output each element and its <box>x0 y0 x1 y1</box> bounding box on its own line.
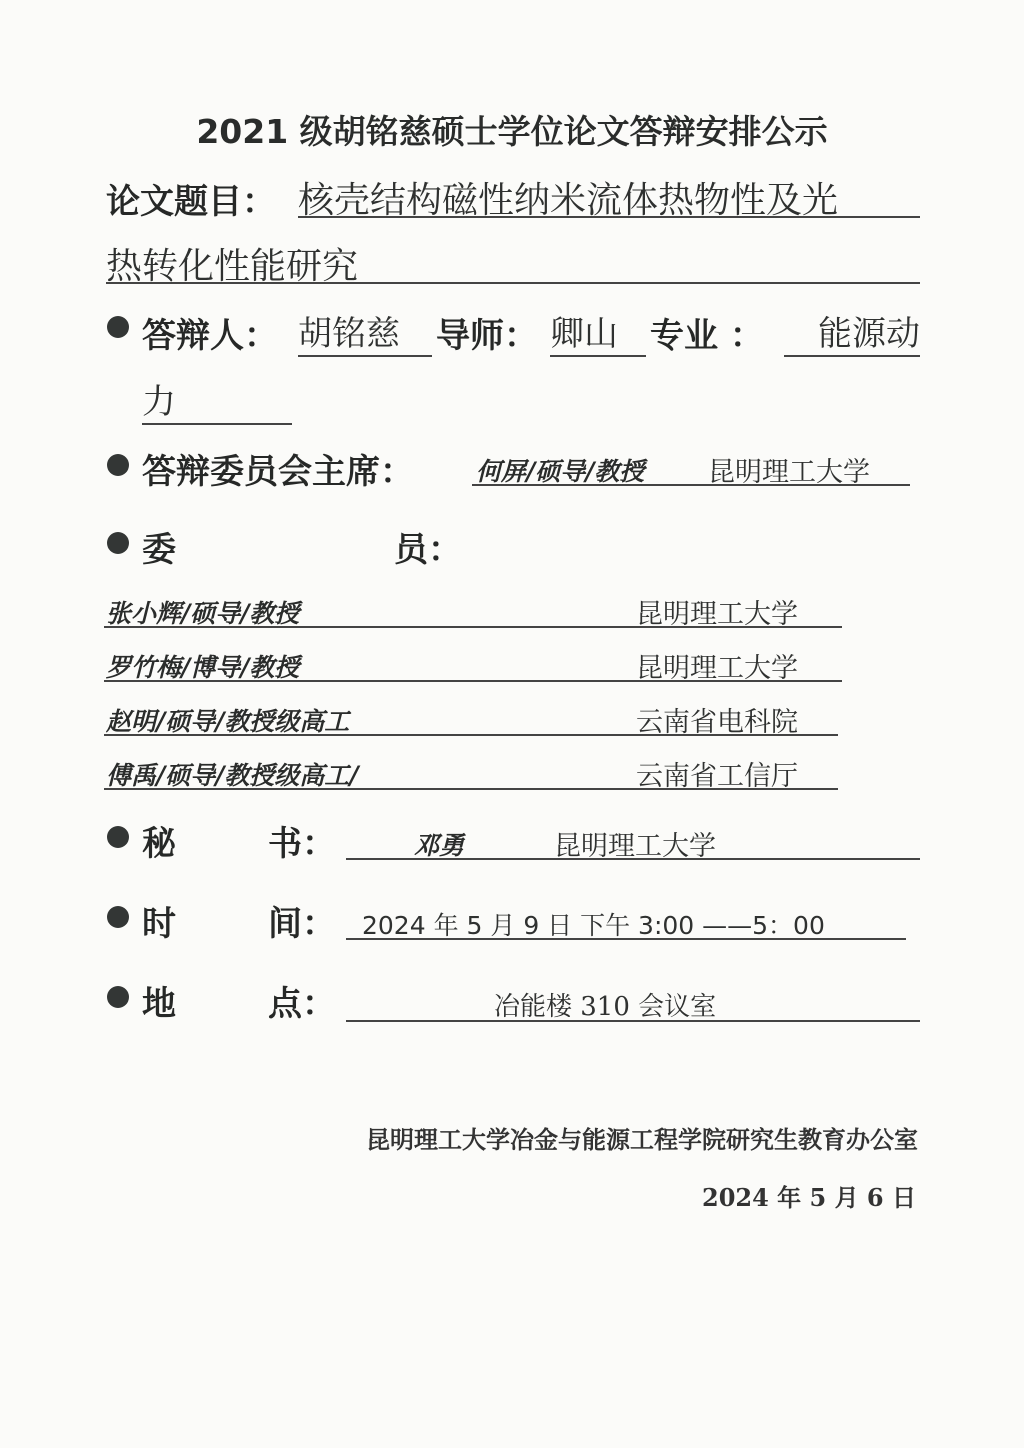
bullet-icon <box>107 906 129 928</box>
advisor-name: 卿山 <box>550 306 646 357</box>
thesis-underline-1 <box>298 216 920 218</box>
place-label-right: 点： <box>268 976 336 1025</box>
major-label: 专业 ： <box>650 308 764 357</box>
member-underline <box>104 734 838 736</box>
bullet-icon <box>107 826 129 848</box>
secretary-label-right: 书： <box>268 816 336 865</box>
bullet-icon <box>107 316 129 338</box>
time-label-left: 时 <box>142 896 176 945</box>
major-value: 能源动 <box>784 306 920 357</box>
defender-label: 答辩人： <box>142 308 278 357</box>
thesis-underline-2 <box>106 282 920 284</box>
member-underline <box>104 626 842 628</box>
issue-date: 2024 年 5 月 6 日 <box>702 1178 916 1213</box>
member-name: 罗竹梅/博导/教授 <box>106 648 299 684</box>
bullet-icon <box>107 986 129 1008</box>
place-label-left: 地 <box>142 976 176 1025</box>
page-title: 2021 级胡铭慈硕士学位论文答辩安排公示 <box>0 106 1024 153</box>
secretary-underline <box>346 858 920 860</box>
member-underline <box>104 680 842 682</box>
major-value-cont: 力 <box>142 374 292 425</box>
secretary-label-left: 秘 <box>142 816 176 865</box>
thesis-label: 论文题目： <box>106 174 276 223</box>
advisor-label: 导师： <box>436 308 538 357</box>
members-label-left: 委 <box>142 522 176 571</box>
chair-name: 何屏/硕导/教授 <box>476 452 644 488</box>
member-underline <box>104 788 838 790</box>
place-value: 冶能楼 310 会议室 <box>494 986 716 1023</box>
time-value: 2024 年 5 月 9 日 下午 3:00 ——5：00 <box>362 906 825 942</box>
chair-underline <box>472 484 910 486</box>
member-name: 张小辉/硕导/教授 <box>106 594 299 630</box>
time-underline <box>346 938 906 940</box>
chair-label: 答辩委员会主席： <box>142 444 414 493</box>
member-name: 傅禹/硕导/教授级高工/ <box>106 756 358 792</box>
time-label-right: 间： <box>268 896 336 945</box>
bullet-icon <box>107 454 129 476</box>
members-label-right: 员： <box>394 522 462 571</box>
bullet-icon <box>107 532 129 554</box>
defender-name: 胡铭慈 <box>298 306 432 357</box>
member-name: 赵明/硕导/教授级高工 <box>106 702 349 738</box>
secretary-name: 邓勇 <box>414 826 464 862</box>
issuing-office: 昆明理工大学冶金与能源工程学院研究生教育办公室 <box>366 1120 918 1155</box>
place-underline <box>346 1020 920 1022</box>
